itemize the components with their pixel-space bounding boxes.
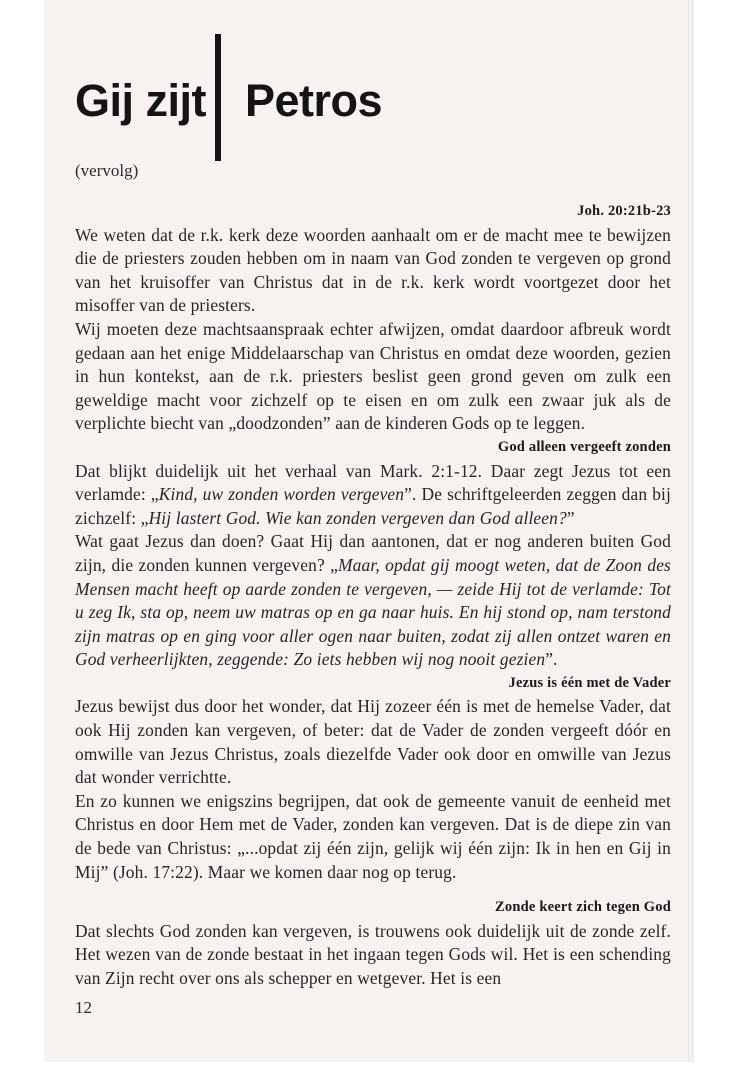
quotation: Maar, opdat gij moogt weten, dat de Zoon… [75, 555, 671, 669]
article-body: Joh. 20:21b-23We weten dat de r.k. kerk … [75, 200, 671, 991]
paragraph: En zo kunnen we enigszins begrijpen, dat… [75, 790, 671, 884]
quotation: Hij lastert God. Wie kan zonden vergeven… [149, 508, 567, 528]
paragraph: Jezus bewijst dus door het wonder, dat H… [75, 695, 671, 789]
section-heading: Jezus is één met de Vader [75, 672, 671, 696]
quotation: Kind, uw zonden worden vergeven [159, 484, 404, 504]
subtitle: (vervolg) [75, 161, 138, 181]
paragraph: Dat blijkt duidelijk uit het verhaal van… [75, 460, 671, 531]
paragraph: Wij moeten deze machtsaanspraak echter a… [75, 318, 671, 436]
paragraph: We weten dat de r.k. kerk deze woorden a… [75, 224, 671, 318]
paragraph: Wat gaat Jezus dan doen? Gaat Hij dan aa… [75, 530, 671, 672]
title-divider-bar [215, 34, 221, 161]
section-heading: Joh. 20:21b-23 [75, 200, 671, 224]
paragraph: Dat slechts God zonden kan vergeven, is … [75, 920, 671, 991]
page-edge [688, 0, 692, 1062]
title-left: Gij zijt [75, 78, 206, 123]
section-heading: Zonde keert zich tegen God [75, 896, 671, 920]
page-number: 12 [75, 998, 92, 1018]
title-right: Petros [245, 78, 382, 123]
section-heading: God alleen vergeeft zonden [75, 436, 671, 460]
